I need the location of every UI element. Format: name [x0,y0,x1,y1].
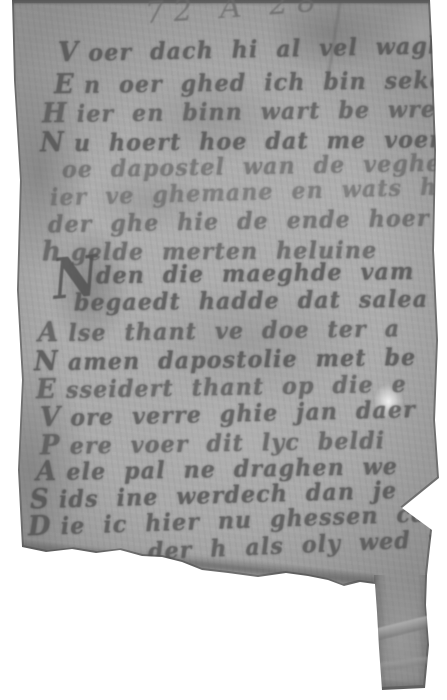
line-initial: h [42,236,62,268]
line-initial: A [38,317,60,349]
manuscript-line: Alse thant ve doe ter a [38,314,401,346]
manuscript-line: begaedt hadde dat salea [74,288,428,315]
line-text: den die maeghde vam [96,258,415,290]
line-initial: D [27,510,52,542]
line-text: lse thant ve doe ter a [68,315,400,347]
line-text: ier en binn wart be wreselh d [77,95,447,129]
line-initial: N [40,127,65,159]
manuscript-line: En oer ghed ich bin seker d [54,65,447,98]
line-text: der ghe hie de ende hoer [48,205,430,239]
manuscript-line: Hier en binn wart be wreselh d [42,94,447,128]
manuscript-line: Voer dach hi al vel waghen [58,31,447,67]
right-edge-shadow [440,0,447,590]
line-text: oer dach hi al vel waghen [88,32,447,67]
parchment-fragment: 72 A 28 N Voer dach hi al vel waghenEn o… [0,0,447,700]
line-initial: H [42,98,68,130]
line-text: n oer ghed ich bin seker d [84,66,447,99]
line-initial: E [54,69,75,101]
manuscript-photo: 72 A 28 N Voer dach hi al vel waghenEn o… [0,0,447,700]
manuscript-line: den die maeghde vam [96,260,415,288]
manuscript-line: der ghe hie de ende hoer [48,207,430,237]
line-initial: V [58,37,80,69]
text-block: Voer dach hi al vel waghenEn oer ghed ic… [0,0,447,700]
line-text: begaedt hadde dat salea [74,286,428,317]
